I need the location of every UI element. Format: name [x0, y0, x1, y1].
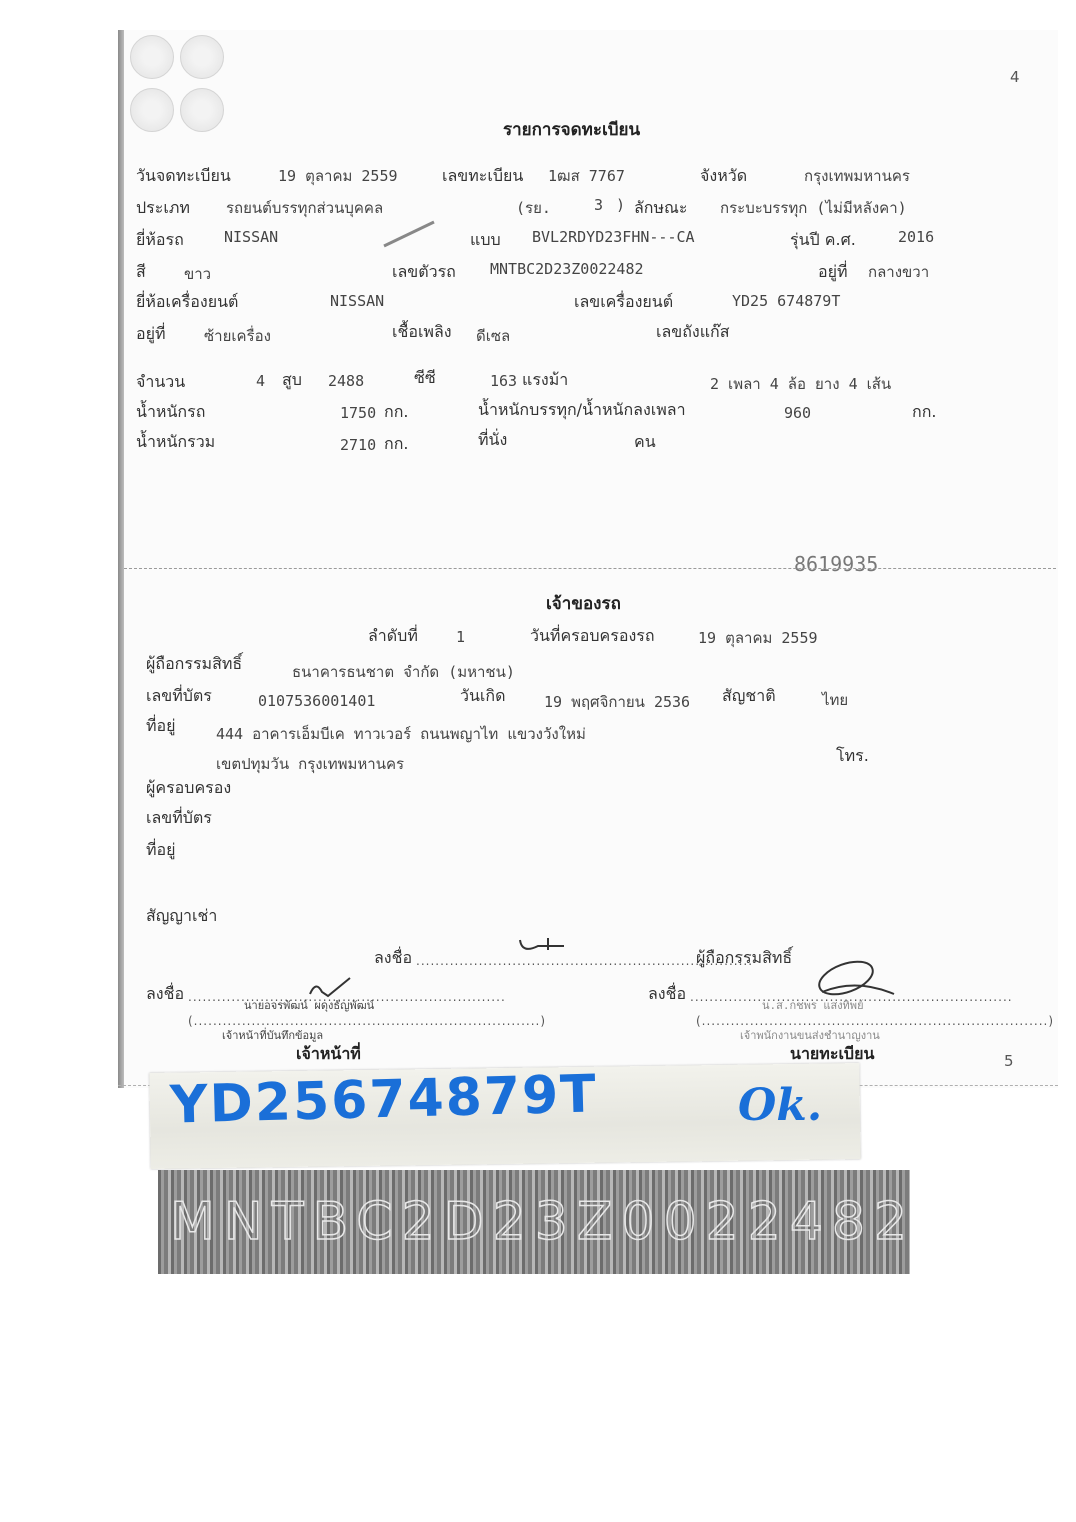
- gross-weight-label: น้ำหนักรวม: [136, 430, 215, 455]
- style-value: กระบะบรรทุก (ไม่มีหลังคา): [720, 196, 907, 220]
- address-line-1: 444 อาคารเอ็มบีเค ทาวเวอร์ ถนนพญาไท แขวง…: [216, 722, 586, 746]
- province-value: กรุงเทพมหานคร: [804, 164, 910, 188]
- handwritten-engine-number: YD25674879T: [169, 1064, 598, 1135]
- load-weight-label: น้ำหนักบรรทุก/น้ำหนักลงเพลา: [478, 398, 686, 423]
- chassis-rubbing-text: MNTBC2D23Z0022482: [170, 1192, 916, 1252]
- year-label: รุ่นปี ค.ศ.: [790, 228, 856, 253]
- holder-sign-label: ลงชื่อ: [374, 946, 412, 971]
- horsepower-unit: แรงม้า: [522, 368, 568, 393]
- cylinders-unit: สูบ: [282, 368, 302, 393]
- engine-location-value: ซ้ายเครื่อง: [204, 324, 271, 348]
- holder-value: ธนาคารธนชาต จำกัด (มหาชน): [292, 660, 515, 684]
- sequence-label: ลำดับที่: [368, 624, 418, 649]
- possession-date-value: 19 ตุลาคม 2559: [698, 626, 818, 650]
- count-label: จำนวน: [136, 370, 185, 395]
- officer-role: เจ้าหน้าที่: [296, 1042, 361, 1067]
- reg-date-label: วันจดทะเบียน: [136, 164, 231, 189]
- registration-title: รายการจดทะเบียน: [503, 116, 640, 143]
- holder-signature-icon: [518, 936, 568, 960]
- garuda-seal-icon: [180, 88, 224, 132]
- horsepower-value: 163: [490, 372, 517, 390]
- serial-number: 8619935: [794, 552, 878, 576]
- id-label: เลขที่บัตร: [146, 684, 212, 709]
- brand-value: NISSAN: [224, 228, 278, 246]
- section-divider: [124, 568, 1056, 569]
- engine-number-label: เลขเครื่องยนต์: [574, 290, 673, 315]
- registrar-name: น.ส.กชพร แสงทิพย์: [762, 996, 864, 1014]
- gross-weight-unit: กก.: [384, 432, 408, 457]
- cylinders-value: 4: [256, 372, 265, 390]
- vehicle-weight-unit: กก.: [384, 400, 408, 425]
- cc-unit: ซีซี: [414, 366, 436, 391]
- nationality-label: สัญชาติ: [722, 684, 776, 709]
- seats-label: ที่นั่ง: [478, 428, 507, 453]
- handwritten-ok: Ok.: [738, 1080, 822, 1131]
- style-label: ลักษณะ: [634, 196, 687, 221]
- engine-location-label: อยู่ที่: [136, 322, 166, 347]
- reg-date-value: 19 ตุลาคม 2559: [278, 164, 398, 188]
- plate-value: 1ฒส 7767: [548, 164, 625, 188]
- holder-role-label: ผู้ถือกรรมสิทธิ์: [696, 946, 792, 971]
- chassis-label: เลขตัวรถ: [392, 260, 456, 285]
- chassis-location-label: อยู่ที่: [818, 260, 848, 285]
- pen-stroke-icon: [382, 218, 438, 248]
- address-label: ที่อยู่: [146, 714, 176, 739]
- possession-date-label: วันที่ครอบครองรถ: [530, 624, 655, 649]
- brand-label: ยี่ห้อรถ: [136, 228, 184, 253]
- nationality-value: ไทย: [822, 688, 848, 712]
- page-spine: [118, 30, 124, 1088]
- birth-label: วันเกิด: [460, 684, 505, 709]
- model-value: BVL2RDYD23FHN---CA: [532, 228, 695, 246]
- engine-brand-value: NISSAN: [330, 292, 384, 310]
- year-value: 2016: [898, 228, 934, 246]
- chassis-value: MNTBC2D23Z0022482: [490, 260, 644, 278]
- plate-label: เลขทะเบียน: [442, 164, 523, 189]
- axles-wheels-value: 2 เพลา 4 ล้อ ยาง 4 เส้น: [710, 372, 891, 396]
- type-code-open: (รย.: [516, 196, 551, 220]
- province-label: จังหวัด: [700, 164, 747, 189]
- engine-brand-label: ยี่ห้อเครื่องยนต์: [136, 290, 238, 315]
- sequence-value: 1: [456, 628, 465, 646]
- fuel-label: เชื้อเพลิง: [392, 320, 452, 345]
- type-value: รถยนต์บรรทุกส่วนบุคคล: [226, 196, 383, 220]
- lease-label: สัญญาเช่า: [146, 904, 217, 929]
- garuda-seal-icon: [130, 88, 174, 132]
- vehicle-weight-label: น้ำหนักรถ: [136, 400, 205, 425]
- chassis-location-value: กลางขวา: [868, 260, 929, 284]
- address-line-2: เขตปทุมวัน กรุงเทพมหานคร: [216, 752, 404, 776]
- load-weight-value: 960: [784, 404, 811, 422]
- id-value: 0107536001401: [258, 692, 375, 710]
- page-number-top: 4: [1010, 68, 1020, 86]
- officer-name: นายอจรพัฒน์ ผดุงธัญพัฒน์: [244, 996, 374, 1014]
- registrar-sign-label: ลงชื่อ: [648, 982, 686, 1007]
- vehicle-weight-value: 1750: [340, 404, 376, 422]
- fuel-value: ดีเซล: [476, 324, 510, 348]
- engine-number-value: YD25 674879T: [732, 292, 840, 310]
- possessor-label: ผู้ครอบครอง: [146, 776, 231, 801]
- gas-tank-label: เลขถังแก๊ส: [656, 320, 729, 345]
- color-label: สี: [136, 260, 146, 285]
- cc-value: 2488: [328, 372, 364, 390]
- type-code-close: ): [616, 196, 625, 214]
- seats-unit: คน: [634, 430, 656, 455]
- type-code-value: 3: [594, 196, 603, 214]
- model-label: แบบ: [470, 228, 501, 253]
- possessor-address-label: ที่อยู่: [146, 838, 176, 863]
- phone-label: โทร.: [836, 744, 869, 769]
- birth-value: 19 พฤศจิกายน 2536: [544, 690, 690, 714]
- owner-title: เจ้าของรถ: [546, 590, 621, 617]
- garuda-seal-icon: [180, 35, 224, 79]
- holder-label: ผู้ถือกรรมสิทธิ์: [146, 652, 242, 677]
- page-number-bottom: 5: [1004, 1052, 1014, 1070]
- registration-sheet: [118, 30, 1058, 1088]
- color-value: ขาว: [184, 262, 211, 286]
- type-label: ประเภท: [136, 196, 190, 221]
- garuda-seal-icon: [130, 35, 174, 79]
- officer-sign-label: ลงชื่อ: [146, 982, 184, 1007]
- gross-weight-value: 2710: [340, 436, 376, 454]
- possessor-id-label: เลขที่บัตร: [146, 806, 212, 831]
- load-weight-unit: กก.: [912, 400, 936, 425]
